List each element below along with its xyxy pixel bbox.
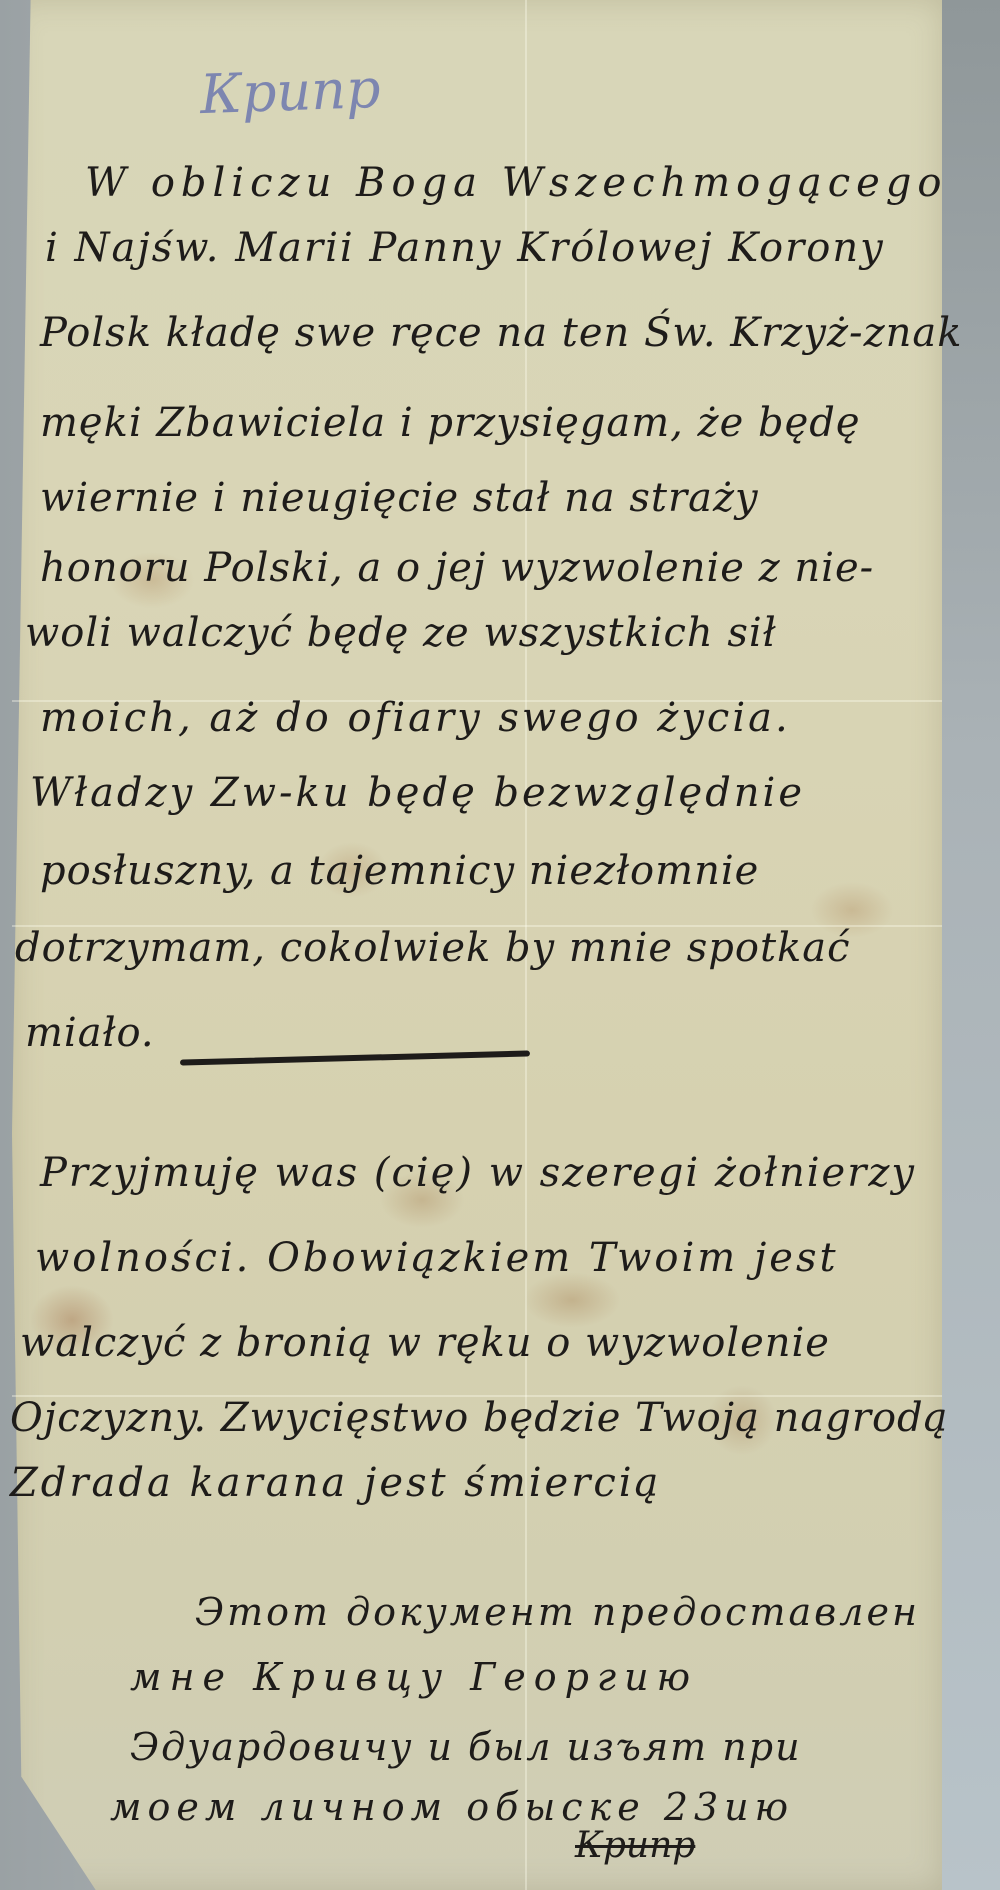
- acceptance-line: Przyjmuję was (cię) w szeregi żołnierzy: [40, 1150, 916, 1196]
- acceptance-line: Ojczyzny. Zwycięstwo będzie Twoją nagrod…: [10, 1395, 949, 1441]
- acceptance-line: Zdrada karana jest śmiercią: [10, 1460, 661, 1506]
- oath-line: woli walczyć będę ze wszystkich sił: [25, 610, 777, 656]
- oath-line: posłuszny, a tajemnicy niezłomnie: [40, 848, 759, 894]
- acceptance-line: walczyć z bronią w ręku o wyzwolenie: [20, 1320, 830, 1366]
- annotation-line: моем личном обыске 23ию: [110, 1785, 794, 1829]
- oath-line: Polsk kładę swe ręce na ten Św. Krzyż-zn…: [40, 310, 963, 356]
- background-surface: [940, 0, 1000, 1890]
- annotation-line: мне Кривцу Георгию: [130, 1655, 698, 1699]
- oath-line: i Najśw. Marii Panny Królowej Korony: [45, 225, 885, 271]
- oath-line: W obliczu Boga Wszechmogącego: [85, 160, 947, 206]
- oath-line: wiernie i nieugięcie stał na straży: [40, 475, 759, 521]
- oath-line: dotrzymam, cokolwiek by mnie spotkać: [15, 925, 851, 971]
- annotation-line: Этот документ предоставлен: [195, 1590, 920, 1634]
- oath-line: honoru Polski, a o jej wyzwolenie z nie-: [40, 545, 874, 591]
- oath-line: moich, aż do ofiary swego życia.: [40, 695, 791, 741]
- oath-line: męki Zbawiciela i przysięgam, że będę: [40, 400, 861, 446]
- annotation-line: Эдуардовичу и был изъят при: [130, 1725, 802, 1769]
- acceptance-line: wolności. Obowiązkiem Twoim jest: [35, 1235, 839, 1281]
- signature: Крипр: [575, 1825, 695, 1866]
- header-pencil-mark: Крипр: [199, 57, 382, 126]
- oath-line: miało.: [25, 1010, 155, 1056]
- oath-line: Władzy Zw-ku będę bezwzględnie: [30, 770, 805, 816]
